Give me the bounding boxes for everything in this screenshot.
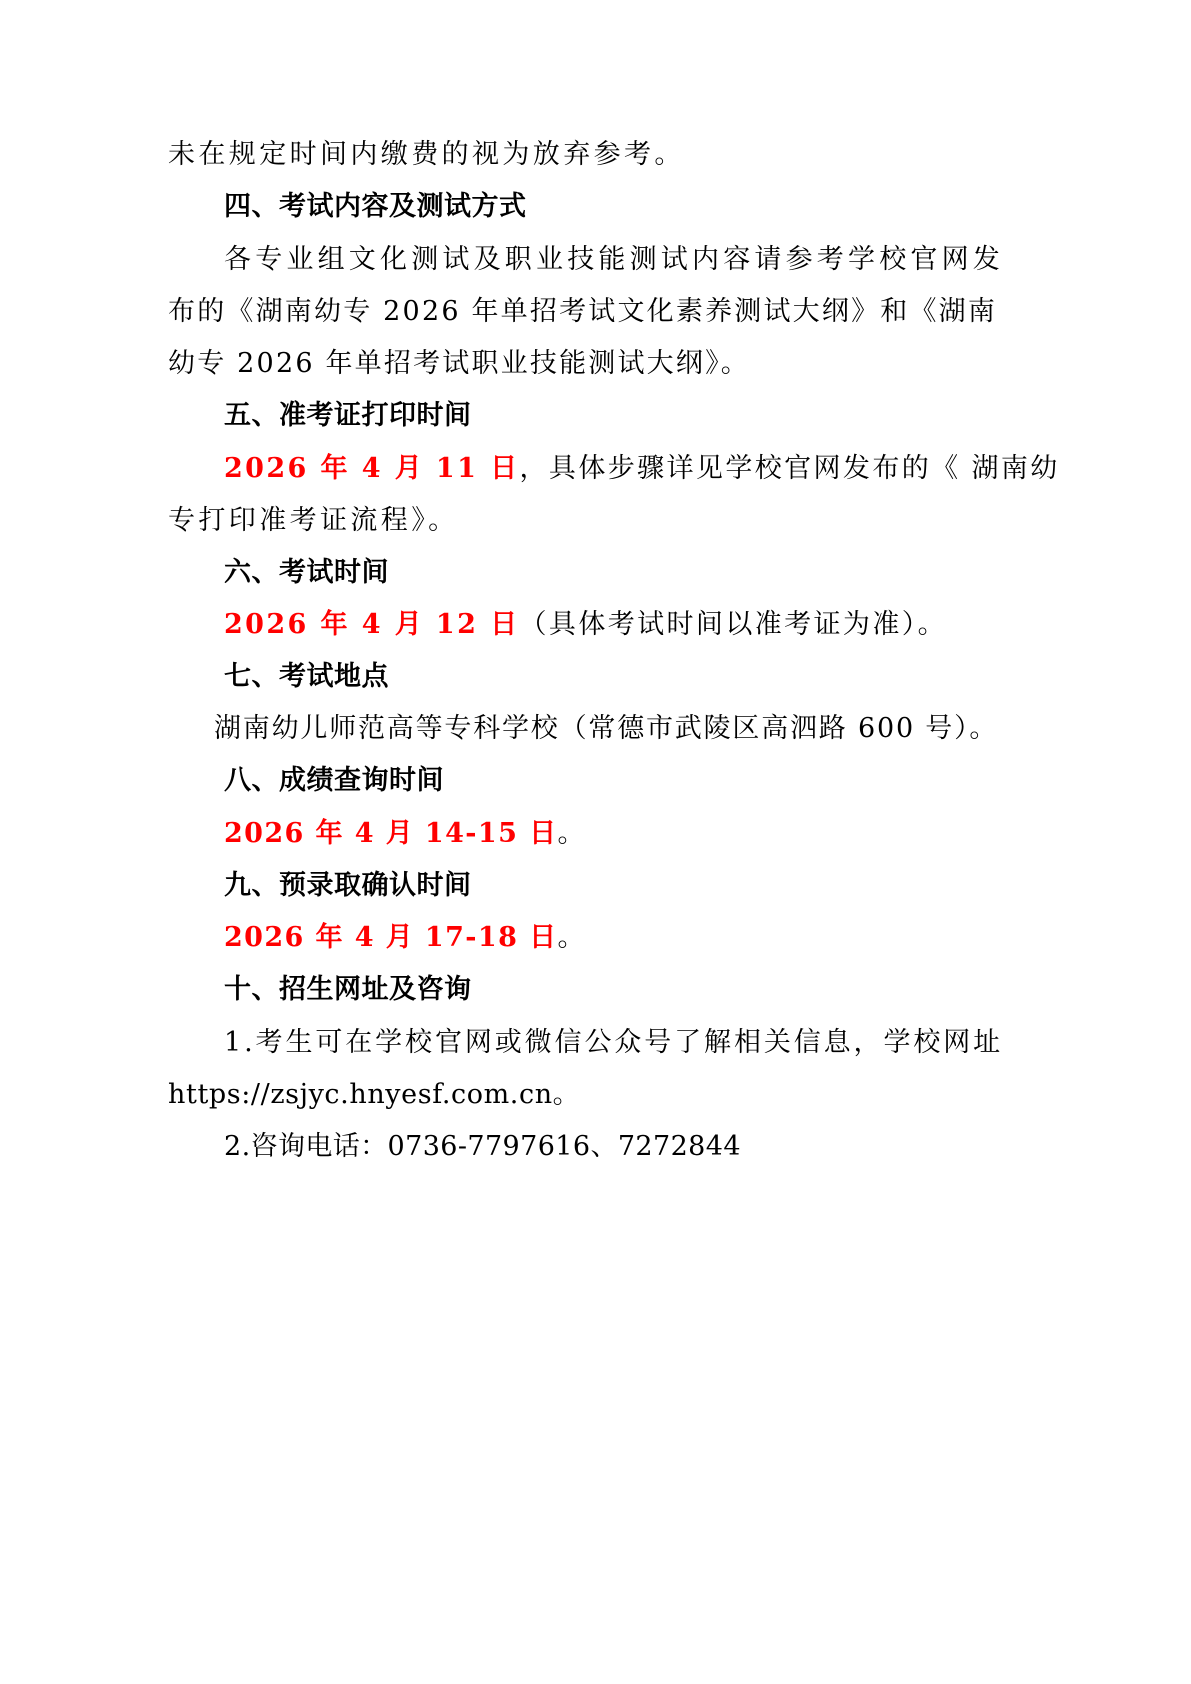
- paragraph-exam-content-line-1: 各专业组文化测试及职业技能测试内容请参考学校官网发: [224, 243, 1004, 277]
- paragraph-pre-admission-time: 2026 年 4 月 17-18 日。: [224, 921, 586, 955]
- paragraph-fee-notice: 未在规定时间内缴费的视为放弃参考。: [168, 138, 685, 172]
- school-website-link[interactable]: https://zsjyc.hnyesf.com.cn。: [168, 1078, 580, 1112]
- section-heading-9: 九、预录取确认时间: [224, 869, 472, 903]
- section-heading-4: 四、考试内容及测试方式: [224, 190, 527, 224]
- paragraph-exam-content-line-3: 幼专 2026 年单招考试职业技能测试大纲》。: [168, 347, 750, 381]
- highlight-date-score-query: 2026 年 4 月 14-15 日: [224, 818, 558, 849]
- highlight-date-pre-admission: 2026 年 4 月 17-18 日: [224, 922, 558, 953]
- section-heading-7: 七、考试地点: [224, 660, 389, 694]
- document-page: 未在规定时间内缴费的视为放弃参考。 四、考试内容及测试方式 各专业组文化测试及职…: [0, 0, 1191, 1684]
- section-heading-8: 八、成绩查询时间: [224, 764, 444, 798]
- section-heading-5: 五、准考证打印时间: [224, 399, 472, 433]
- paragraph-admission-ticket-text: ，具体步骤详见学校官网发布的《 湖南幼: [520, 453, 1060, 484]
- section-heading-10: 十、招生网址及咨询: [224, 973, 472, 1007]
- paragraph-contact-phone: 2.咨询电话：0736-7797616、7272844: [224, 1130, 741, 1164]
- paragraph-exam-content-line-2: 布的《湖南幼专 2026 年单招考试文化素养测试大纲》和《湖南: [168, 295, 997, 329]
- section-heading-6: 六、考试时间: [224, 556, 389, 590]
- paragraph-admission-ticket-line-1: 2026 年 4 月 11 日，具体步骤详见学校官网发布的《 湖南幼: [224, 452, 1060, 486]
- paragraph-exam-location: 湖南幼儿师范高等专科学校（常德市武陵区高泗路 600 号）。: [214, 712, 998, 746]
- highlight-date-exam: 2026 年 4 月 12 日: [224, 609, 520, 640]
- paragraph-score-query-time: 2026 年 4 月 14-15 日。: [224, 817, 586, 851]
- paragraph-score-query-text: 。: [558, 818, 586, 849]
- paragraph-admission-ticket-line-2: 专打印准考证流程》。: [168, 504, 459, 538]
- paragraph-website-info-line-1: 1.考生可在学校官网或微信公众号了解相关信息，学校网址: [224, 1026, 1003, 1060]
- paragraph-exam-time: 2026 年 4 月 12 日（具体考试时间以准考证为准）。: [224, 608, 947, 642]
- highlight-date-ticket-print: 2026 年 4 月 11 日: [224, 453, 520, 484]
- paragraph-exam-time-text: （具体考试时间以准考证为准）。: [520, 609, 948, 640]
- paragraph-pre-admission-text: 。: [558, 922, 586, 953]
